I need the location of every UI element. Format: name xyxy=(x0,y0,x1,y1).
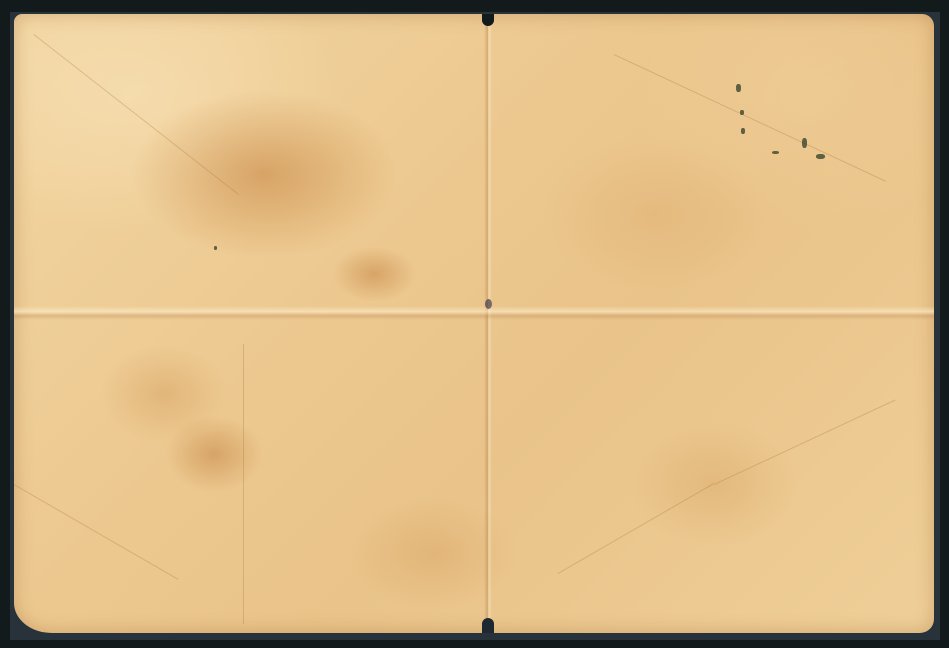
ink-mark xyxy=(741,128,745,134)
top-tear xyxy=(482,14,494,26)
crease-line xyxy=(33,34,238,195)
horizontal-fold xyxy=(14,306,934,320)
crease-line xyxy=(243,344,244,624)
bottom-tear xyxy=(482,618,494,633)
ink-mark xyxy=(740,110,744,115)
ink-mark xyxy=(772,151,779,154)
crease-line xyxy=(714,399,896,484)
crease-line xyxy=(614,54,886,182)
banknote-back xyxy=(14,14,934,633)
ink-mark xyxy=(736,84,741,92)
crease-line xyxy=(14,484,179,580)
ink-mark xyxy=(214,246,217,250)
ink-mark xyxy=(816,154,825,159)
crease-line xyxy=(558,483,714,574)
vertical-fold xyxy=(484,14,492,633)
center-hole xyxy=(485,299,492,309)
ink-mark xyxy=(802,138,807,148)
